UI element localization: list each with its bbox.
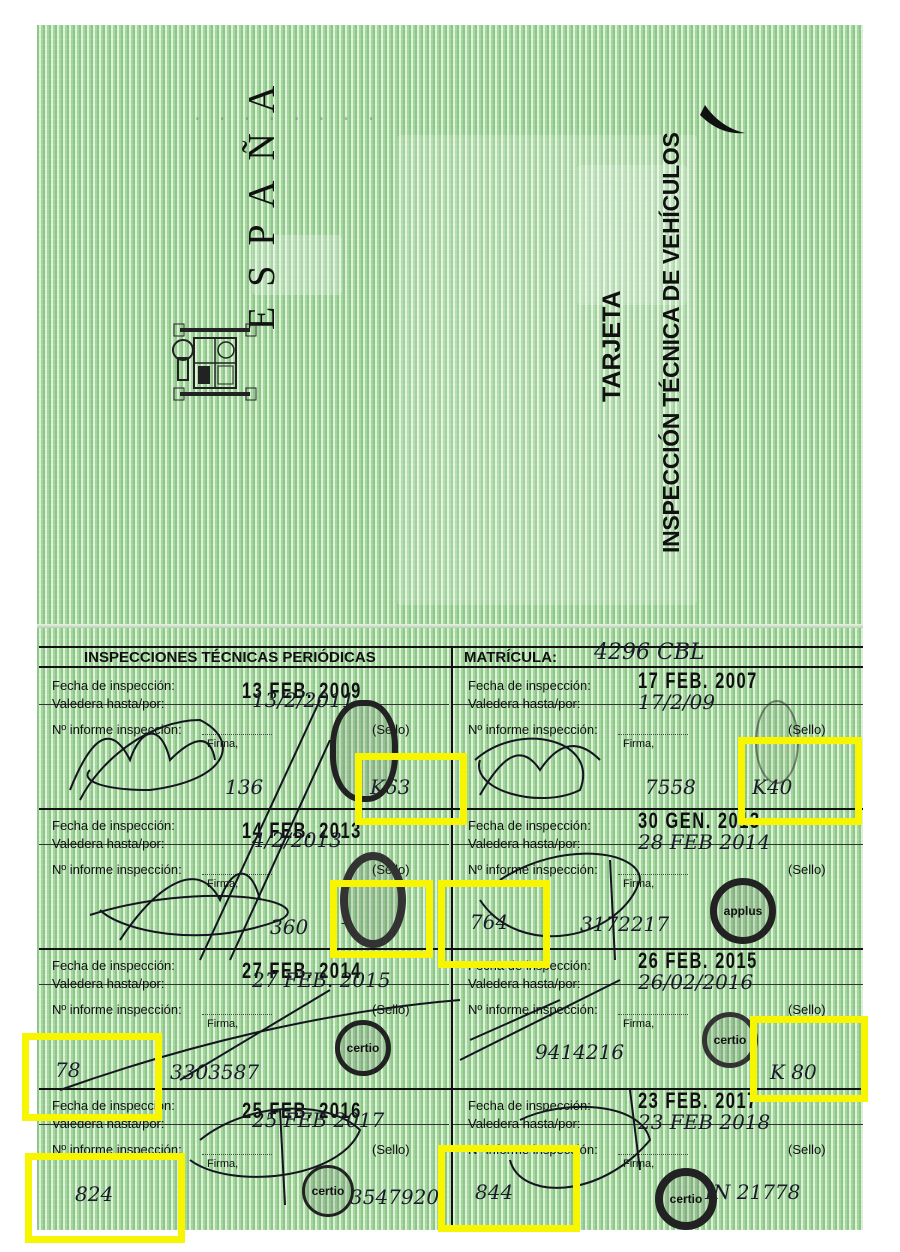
highlight-box [25,1153,185,1243]
highlight-box [750,1016,868,1102]
highlight-box [22,1033,162,1121]
highlight-box [738,737,862,825]
highlight-box [438,1145,580,1232]
highlight-box [438,880,550,968]
highlight-box [355,753,467,825]
highlight-box [330,880,433,958]
